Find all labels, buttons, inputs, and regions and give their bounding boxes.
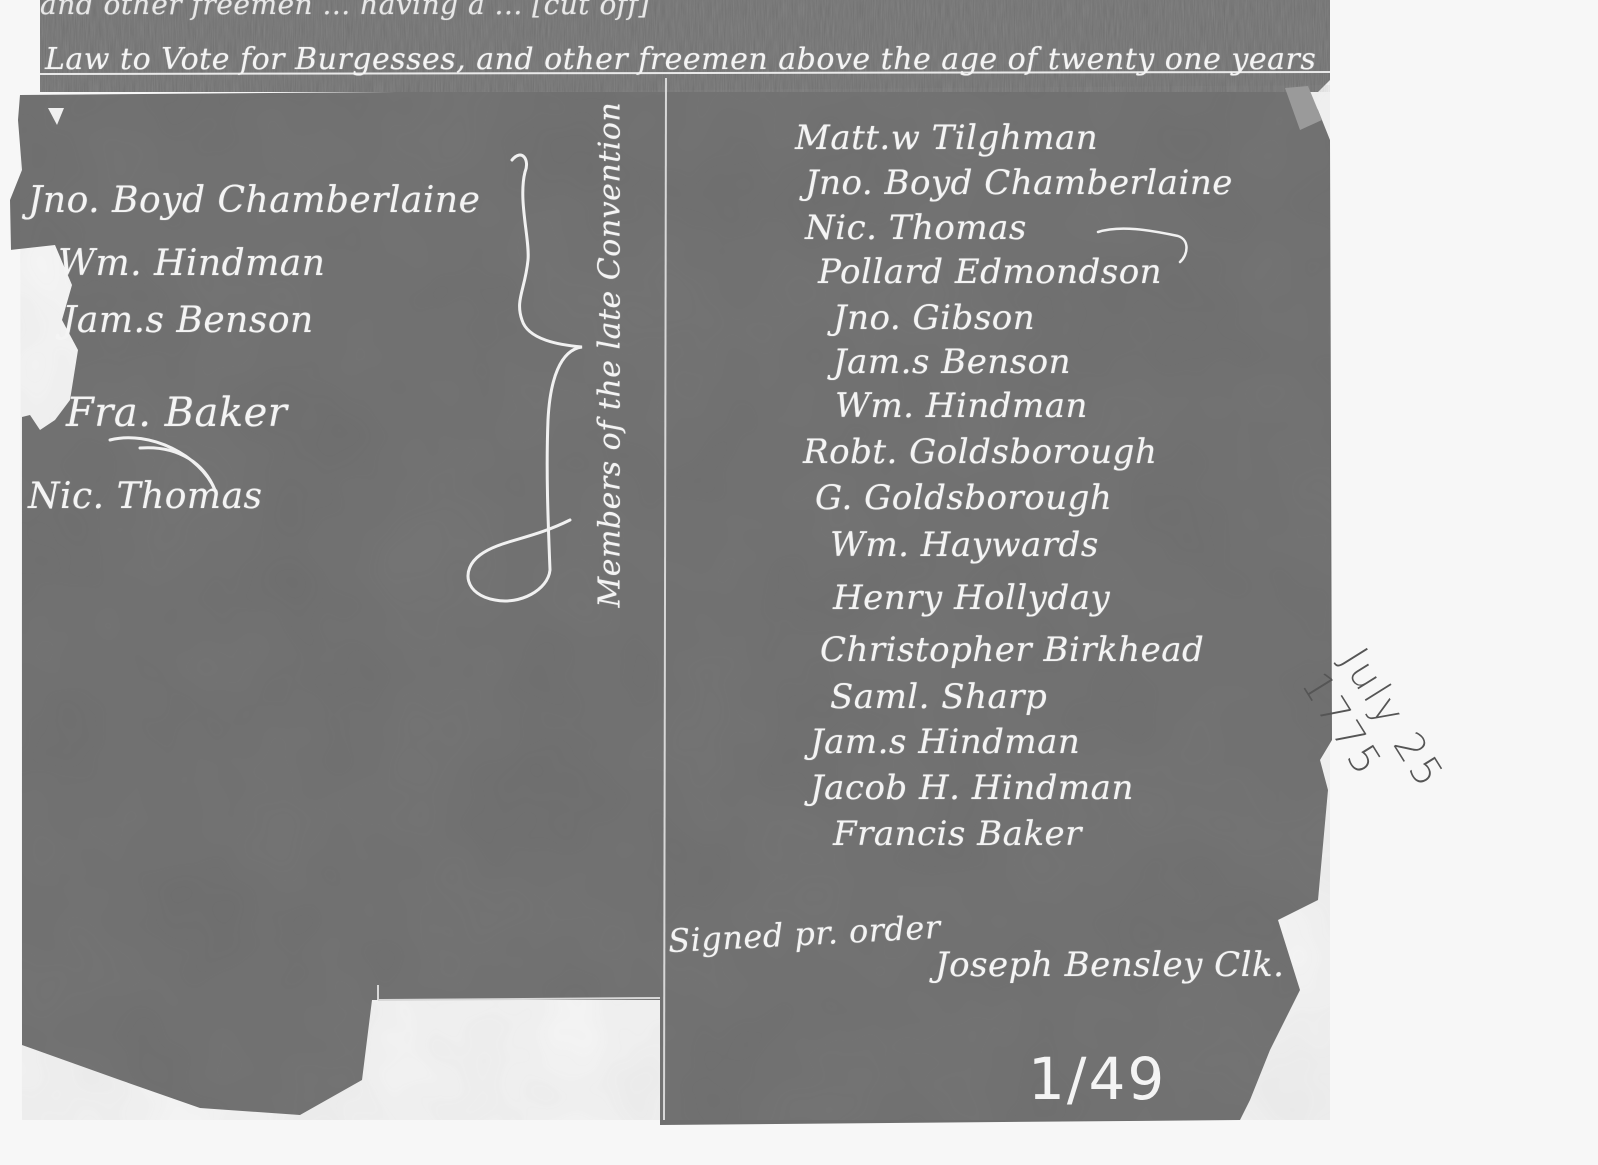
right-name: Saml. Sharp [830,677,1047,717]
photostat-paper [0,0,1598,1165]
right-name: Henry Hollyday [833,578,1110,618]
right-name: Jno. Boyd Chamberlaine [805,163,1233,203]
right-name: Robt. Goldsborough [803,432,1157,472]
vertical-label: Members of the late Convention [593,188,628,608]
right-name: Pollard Edmondson [818,252,1162,292]
left-name: Jam.s Benson [62,300,314,341]
left-name: Fra. Baker [66,390,287,436]
manuscript-page: and other freemen ... having a ... [cut … [0,0,1598,1165]
right-name: Jam.s Hindman [810,722,1080,762]
paper-shape [0,0,1598,1165]
right-name: G. Goldsborough [815,478,1112,518]
right-name: Wm. Haywards [830,525,1099,565]
right-name: Francis Baker [833,814,1082,854]
clerk-signature: Joseph Bensley Clk. [935,945,1284,985]
right-name: Matt.w Tilghman [795,118,1098,158]
right-name: Wm. Hindman [835,386,1088,426]
right-name: Nic. Thomas [805,208,1027,248]
right-name: Jam.s Benson [833,342,1071,382]
right-name: Christopher Birkhead [820,630,1204,670]
header-line-1: and other freemen ... having a ... [cut … [40,0,650,21]
right-name: Jacob H. Hindman [810,768,1134,808]
left-name: Nic. Thomas [28,476,263,517]
header-line-2: Law to Vote for Burgesses, and other fre… [45,42,1316,77]
left-name: Jno. Boyd Chamberlaine [28,180,480,221]
right-name: Jno. Gibson [833,298,1035,338]
catalog-number: 1/49 [1028,1045,1166,1113]
left-name: Wm. Hindman [58,243,325,284]
